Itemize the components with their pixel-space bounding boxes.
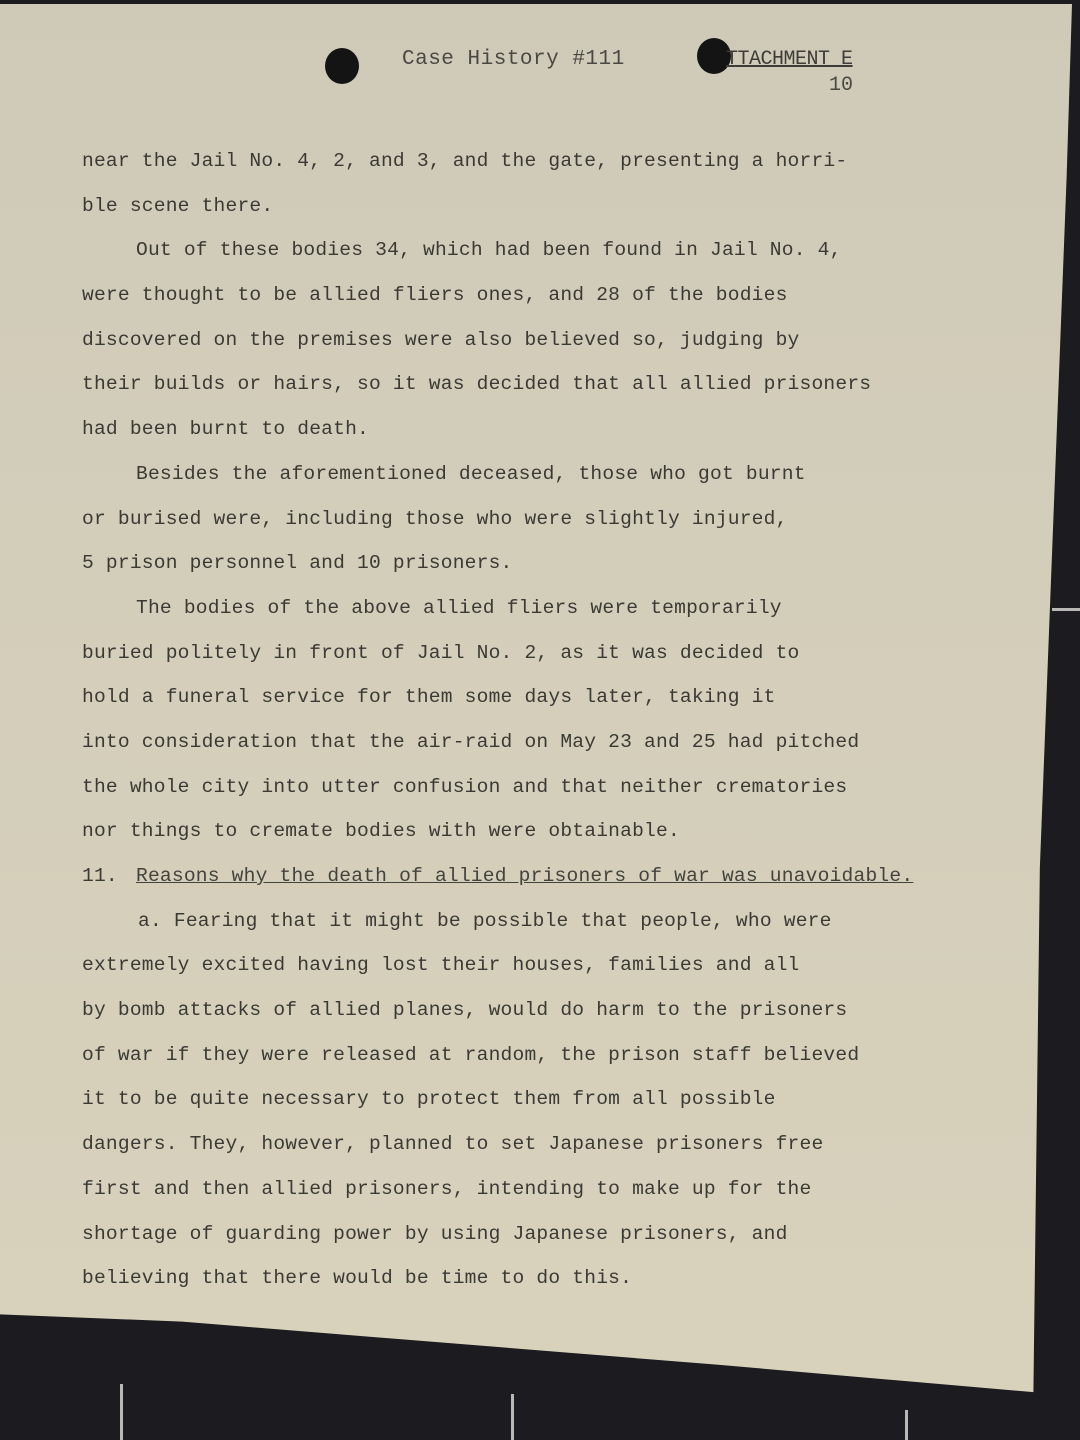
- background-grid-line: [511, 1394, 514, 1440]
- text-line: discovered on the premises were also bel…: [82, 318, 872, 363]
- background-grid-line: [120, 1384, 123, 1440]
- text-line: believing that there would be time to do…: [82, 1256, 872, 1301]
- text-line: shortage of guarding power by using Japa…: [82, 1212, 872, 1257]
- text-line: it to be quite necessary to protect them…: [82, 1077, 872, 1122]
- document-body: near the Jail No. 4, 2, and 3, and the g…: [82, 139, 872, 1301]
- text-line: their builds or hairs, so it was decided…: [82, 362, 872, 407]
- document-page: Case History #111 TTACHMENT E 10 near th…: [0, 4, 1072, 1440]
- background-grid-line: [1052, 608, 1080, 611]
- background-grid-line: [905, 1410, 908, 1440]
- text-line: or burised were, including those who wer…: [82, 497, 872, 542]
- subsection-a-start-line: a. Fearing that it might be possible tha…: [82, 899, 872, 944]
- case-history-title: Case History #111: [402, 48, 625, 71]
- paragraph-start-line: Besides the aforementioned deceased, tho…: [82, 452, 872, 497]
- text-line: ble scene there.: [82, 184, 872, 229]
- text-line: 5 prison personnel and 10 prisoners.: [82, 541, 872, 586]
- text-line: hold a funeral service for them some day…: [82, 675, 872, 720]
- text-line: were thought to be allied fliers ones, a…: [82, 273, 872, 318]
- text-line: into consideration that the air-raid on …: [82, 720, 872, 765]
- punch-hole-left: [325, 48, 359, 84]
- text-line: buried politely in front of Jail No. 2, …: [82, 631, 872, 676]
- section-number: 11.: [82, 854, 136, 899]
- text-line: first and then allied prisoners, intendi…: [82, 1167, 872, 1212]
- text-line: had been burnt to death.: [82, 407, 872, 452]
- text-line: by bomb attacks of allied planes, would …: [82, 988, 872, 1033]
- text-line: the whole city into utter confusion and …: [82, 765, 872, 810]
- paragraph-start-line: The bodies of the above allied fliers we…: [82, 586, 872, 631]
- text-line: extremely excited having lost their hous…: [82, 943, 872, 988]
- attachment-label: TTACHMENT E: [726, 48, 853, 71]
- page-number: 10: [829, 74, 853, 97]
- section-heading: 11.Reasons why the death of allied priso…: [82, 854, 872, 899]
- text-line: near the Jail No. 4, 2, and 3, and the g…: [82, 139, 872, 184]
- paragraph-start-line: Out of these bodies 34, which had been f…: [82, 228, 872, 273]
- text-line: of war if they were released at random, …: [82, 1033, 872, 1078]
- text-line: dangers. They, however, planned to set J…: [82, 1122, 872, 1167]
- text-line: nor things to cremate bodies with were o…: [82, 809, 872, 854]
- section-title: Reasons why the death of allied prisoner…: [136, 865, 913, 887]
